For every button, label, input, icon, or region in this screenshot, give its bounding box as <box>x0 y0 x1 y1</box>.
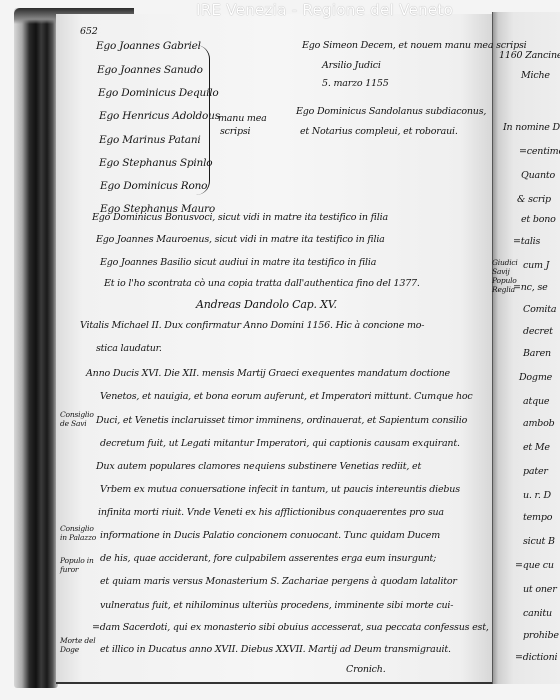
right-page-line: u. r. D <box>523 490 551 501</box>
body-line: =dam Sacerdoti, qui ex monasterio sibi o… <box>92 622 489 633</box>
body-line: Venetos, et nauigia, et bona eorum aufer… <box>100 391 473 402</box>
right-block-line: 5. marzo 1155 <box>322 78 389 89</box>
right-page-line: & scrip <box>517 194 551 205</box>
signatory-line: Ego Joannes Sanudo <box>97 64 203 76</box>
right-page-line: ambob <box>523 418 555 429</box>
right-page-line: decret <box>523 326 553 337</box>
right-page-line: tempo <box>523 512 552 523</box>
right-page: 1160 Zancine Miche In nomine D =centimo … <box>492 12 560 684</box>
right-page-line: Baren <box>523 348 551 359</box>
signatory-line: Ego Dominicus Rono <box>100 180 207 192</box>
folio-mark: 652 <box>80 26 98 37</box>
right-page-line: et bono <box>521 214 556 225</box>
right-block-line: Ego Dominicus Sandolanus subdiaconus, <box>296 106 486 117</box>
right-page-line: 1160 Zancine <box>499 50 560 61</box>
right-page-line: =centimo <box>519 146 560 157</box>
right-page-line: =que cu <box>515 560 554 571</box>
body-line: et illico in Ducatus anno XVII. Diebus X… <box>100 644 451 655</box>
body-line: informatione in Ducis Palatio concionem … <box>100 530 440 541</box>
body-line: decretum fuit, ut Legati mitantur Impera… <box>100 438 460 449</box>
body-line: Duci, et Venetis inclaruisset timor immi… <box>96 415 467 426</box>
body-line: Anno Ducis XVI. Die XII. mensis Martij G… <box>86 368 450 379</box>
right-page-line: prohibe <box>523 630 559 641</box>
witness-line: Ego Joannes Basilio sicut audiui in matr… <box>100 257 376 268</box>
body-line: Dux autem populares clamores nequiens su… <box>96 461 421 472</box>
right-block-line: Ego Simeon Decem, et nouem manu mea scri… <box>302 40 527 51</box>
right-page-line: Comita <box>523 304 556 315</box>
body-line: Vrbem ex mutua conuersatione infecit in … <box>100 484 460 495</box>
right-page-line: sicut B <box>523 536 555 547</box>
right-block-line: Arsilio Judici <box>322 60 381 71</box>
right-block-line: et Notarius compleui, et roboraui. <box>300 126 458 137</box>
right-page-line: Miche <box>521 70 550 81</box>
right-margin-note: Giudici Savij Populo Reglia <box>492 258 518 294</box>
margin-note: Consiglio de Savi <box>60 410 94 428</box>
right-page-line: cum J <box>523 260 549 271</box>
book-binding <box>14 8 58 688</box>
right-page-line: et Me <box>523 442 550 453</box>
body-line: stica laudatur. <box>96 343 162 354</box>
body-line: vulneratus fuit, et nihilominus ulteriùs… <box>100 600 453 611</box>
body-line: de his, quae acciderant, fore culpabilem… <box>100 553 436 564</box>
right-page-line: =dictioni <box>515 652 557 663</box>
body-line: Vitalis Michael II. Dux confirmatur Anno… <box>80 320 424 331</box>
right-page-line: Dogme <box>519 372 552 383</box>
chapter-heading: Andreas Dandolo Cap. XV. <box>196 298 337 311</box>
right-page-line: pater <box>523 466 548 477</box>
body-line: infinita morti riuit. Vnde Veneti ex his… <box>98 507 444 518</box>
bracket-note: scripsi <box>220 126 250 137</box>
witness-line: Ego Dominicus Bonusvoci, sicut vidi in m… <box>92 212 388 223</box>
right-page-line: Quanto <box>521 170 555 181</box>
manuscript-photo: 1160 Zancine Miche In nomine D =centimo … <box>0 0 560 700</box>
watermark: IRE Venezia - Regione del Veneto <box>196 1 453 19</box>
witness-line: Ego Joannes Mauroenus, sicut vidi in mat… <box>96 234 385 245</box>
margin-note: Morte del Doge <box>60 636 95 654</box>
right-page-line: =nc, se <box>513 282 548 293</box>
signatory-line: Ego Joannes Gabriel <box>96 40 201 52</box>
margin-note: Consiglio in Palazzo <box>60 524 96 542</box>
bracket-note: manu mea <box>218 113 267 124</box>
margin-note: Populo in furor <box>60 556 94 574</box>
body-line: et quiam maris versus Monasterium S. Zac… <box>100 576 457 587</box>
witness-line: Et io l'ho scontrata cò una copia tratta… <box>104 278 420 289</box>
curly-bracket <box>195 45 210 195</box>
right-page-line: In nomine D <box>503 122 560 133</box>
right-page-line: atque <box>523 396 549 407</box>
right-page-line: =talis <box>513 236 540 247</box>
signatory-line: Ego Marinus Patani <box>99 134 201 146</box>
catchword: Cronich. <box>346 664 386 675</box>
right-page-line: canitu <box>523 608 552 619</box>
right-page-line: ut oner <box>523 584 557 595</box>
